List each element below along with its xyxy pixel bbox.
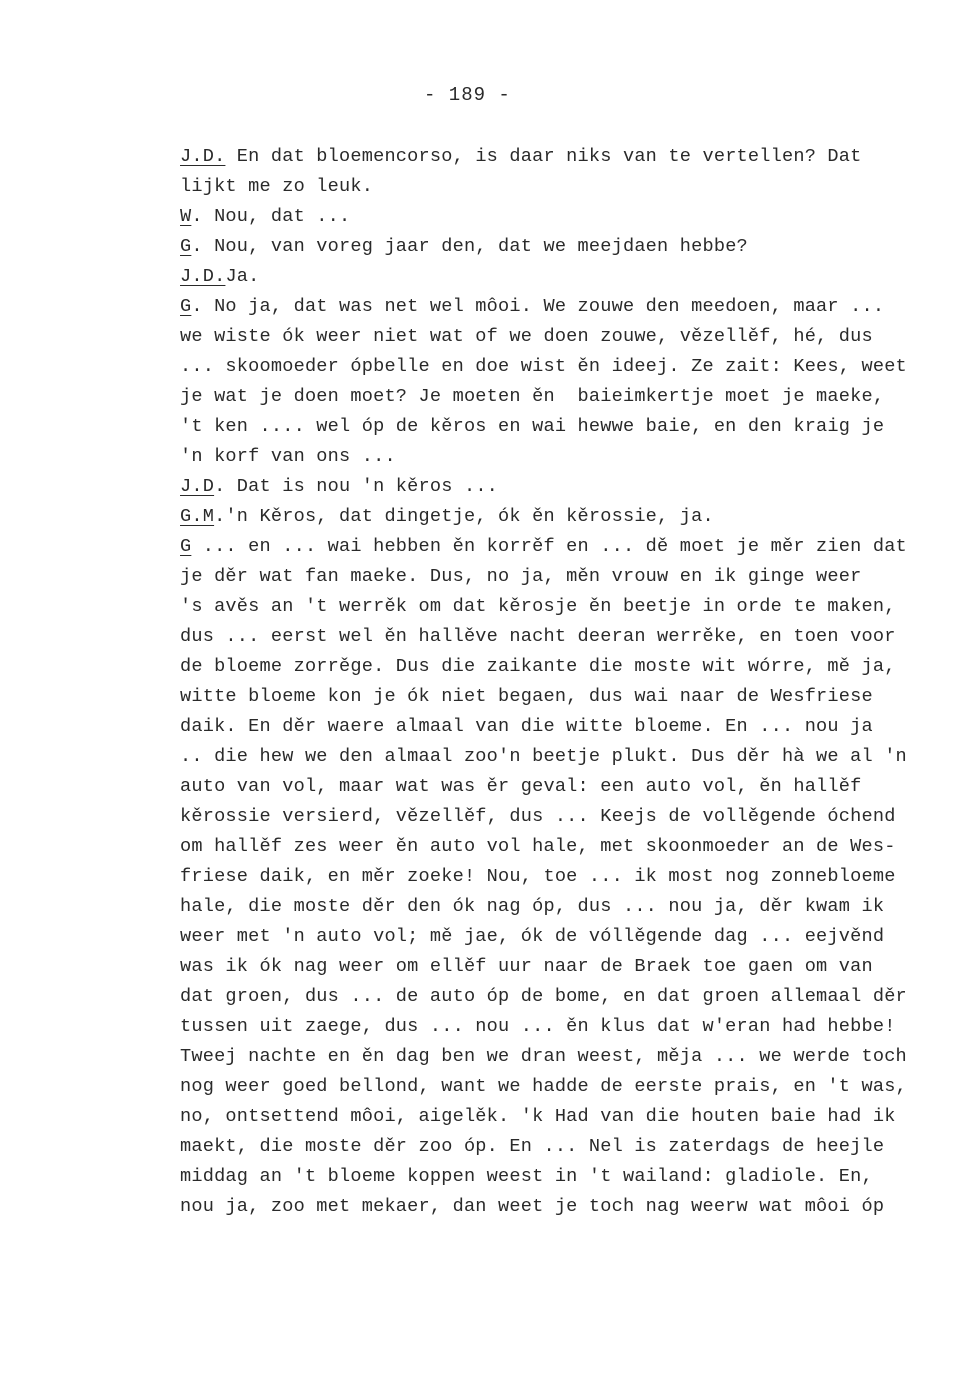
transcript-line: G. Nou, van voreg jaar den, dat we meejd… — [180, 232, 970, 262]
transcript-line: J.D. Dat is nou 'n kěros ... — [180, 472, 970, 502]
line-text: Ja. — [225, 266, 259, 287]
line-text: om hallěf zes weer ěn auto vol hale, met… — [180, 836, 896, 857]
speaker-label: G — [180, 296, 191, 317]
transcript-line: je wat je doen moet? Je moeten ěn baieim… — [180, 382, 970, 412]
line-text: 'n korf van ons ... — [180, 446, 396, 467]
line-text: was ik ók nag weer om ellěf uur naar de … — [180, 956, 873, 977]
line-text: de bloeme zorrěge. Dus die zaikante die … — [180, 656, 896, 677]
speaker-label: G — [180, 536, 191, 557]
transcript-line: G. No ja, dat was net wel môoi. We zouwe… — [180, 292, 970, 322]
line-text: kěrossie versierd, vězellěf, dus ... Kee… — [180, 806, 896, 827]
transcript-line: auto van vol, maar wat was ěr geval: een… — [180, 772, 970, 802]
transcript-line: nou ja, zoo met mekaer, dan weet je toch… — [180, 1192, 970, 1222]
transcript-line: 's avěs an 't werrěk om dat kěrosje ěn b… — [180, 592, 970, 622]
speaker-label: G.M — [180, 506, 214, 527]
speaker-label: J.D. — [180, 146, 225, 167]
page-number: - 189 - — [424, 84, 511, 106]
line-text: Tweej nachte en ěn dag ben we dran weest… — [180, 1046, 907, 1067]
speaker-label: J.D. — [180, 266, 225, 287]
line-text: lijkt me zo leuk. — [180, 176, 373, 197]
line-text: dus ... eerst wel ěn hallěve nacht deera… — [180, 626, 896, 647]
line-text: nou ja, zoo met mekaer, dan weet je toch… — [180, 1196, 884, 1217]
line-text: .. die hew we den almaal zoo'n beetje pl… — [180, 746, 907, 767]
line-text: ... en ... wai hebben ěn korrěf en ... d… — [191, 536, 907, 557]
line-text: je děr wat fan maeke. Dus, no ja, měn vr… — [180, 566, 861, 587]
line-text: hale, die moste děr den ók nag óp, dus .… — [180, 896, 884, 917]
transcript-line: maekt, die moste děr zoo óp. En ... Nel … — [180, 1132, 970, 1162]
line-text: 's avěs an 't werrěk om dat kěrosje ěn b… — [180, 596, 896, 617]
line-text: .'n Kěros, dat dingetje, ók ěn kěrossie,… — [214, 506, 714, 527]
transcript-line: dus ... eerst wel ěn hallěve nacht deera… — [180, 622, 970, 652]
line-text: . Nou, dat ... — [191, 206, 350, 227]
transcript-line: G.M.'n Kěros, dat dingetje, ók ěn kěross… — [180, 502, 970, 532]
transcript-line: W. Nou, dat ... — [180, 202, 970, 232]
transcript-line: tussen uit zaege, dus ... nou ... ěn klu… — [180, 1012, 970, 1042]
transcript-line: we wiste ók weer niet wat of we doen zou… — [180, 322, 970, 352]
transcript-line: .. die hew we den almaal zoo'n beetje pl… — [180, 742, 970, 772]
line-text: tussen uit zaege, dus ... nou ... ěn klu… — [180, 1016, 896, 1037]
transcript-line: G ... en ... wai hebben ěn korrěf en ...… — [180, 532, 970, 562]
transcript-line: dat groen, dus ... de auto óp de bome, e… — [180, 982, 970, 1012]
line-text: je wat je doen moet? Je moeten ěn baieim… — [180, 386, 884, 407]
line-text: . Nou, van voreg jaar den, dat we meejda… — [191, 236, 748, 257]
line-text: friese daik, en měr zoeke! Nou, toe ... … — [180, 866, 896, 887]
transcript-line: weer met 'n auto vol; mě jae, ók de vóll… — [180, 922, 970, 952]
line-text: we wiste ók weer niet wat of we doen zou… — [180, 326, 873, 347]
line-text: ... skoomoeder ópbelle en doe wist ěn id… — [180, 356, 907, 377]
line-text: En dat bloemencorso, is daar niks van te… — [225, 146, 861, 167]
transcript-body: J.D. En dat bloemencorso, is daar niks v… — [180, 142, 970, 1222]
transcript-line: daik. En děr waere almaal van die witte … — [180, 712, 970, 742]
line-text: witte bloeme kon je ók niet begaen, dus … — [180, 686, 873, 707]
speaker-label: J.D — [180, 476, 214, 497]
transcript-line: J.D. En dat bloemencorso, is daar niks v… — [180, 142, 970, 172]
transcript-line: Tweej nachte en ěn dag ben we dran weest… — [180, 1042, 970, 1072]
line-text: dat groen, dus ... de auto óp de bome, e… — [180, 986, 907, 1007]
transcript-line: was ik ók nag weer om ellěf uur naar de … — [180, 952, 970, 982]
transcript-line: nog weer goed bellond, want we hadde de … — [180, 1072, 970, 1102]
line-text: . No ja, dat was net wel môoi. We zouwe … — [191, 296, 884, 317]
line-text: maekt, die moste děr zoo óp. En ... Nel … — [180, 1136, 884, 1157]
transcript-line: 'n korf van ons ... — [180, 442, 970, 472]
speaker-label: W — [180, 206, 191, 227]
transcript-line: je děr wat fan maeke. Dus, no ja, měn vr… — [180, 562, 970, 592]
transcript-line: witte bloeme kon je ók niet begaen, dus … — [180, 682, 970, 712]
line-text: auto van vol, maar wat was ěr geval: een… — [180, 776, 861, 797]
transcript-line: ... skoomoeder ópbelle en doe wist ěn id… — [180, 352, 970, 382]
transcript-line: J.D.Ja. — [180, 262, 970, 292]
line-text: weer met 'n auto vol; mě jae, ók de vóll… — [180, 926, 884, 947]
line-text: no, ontsettend môoi, aigelěk. 'k Had van… — [180, 1106, 896, 1127]
transcript-line: 't ken .... wel óp de kěros en wai hewwe… — [180, 412, 970, 442]
transcript-line: kěrossie versierd, vězellěf, dus ... Kee… — [180, 802, 970, 832]
transcript-line: de bloeme zorrěge. Dus die zaikante die … — [180, 652, 970, 682]
line-text: . Dat is nou 'n kěros ... — [214, 476, 498, 497]
transcript-line: hale, die moste děr den ók nag óp, dus .… — [180, 892, 970, 922]
line-text: middag an 't bloeme koppen weest in 't w… — [180, 1166, 873, 1187]
line-text: 't ken .... wel óp de kěros en wai hewwe… — [180, 416, 884, 437]
transcript-line: friese daik, en měr zoeke! Nou, toe ... … — [180, 862, 970, 892]
speaker-label: G — [180, 236, 191, 257]
transcript-line: no, ontsettend môoi, aigelěk. 'k Had van… — [180, 1102, 970, 1132]
line-text: daik. En děr waere almaal van die witte … — [180, 716, 873, 737]
line-text: nog weer goed bellond, want we hadde de … — [180, 1076, 907, 1097]
transcript-line: lijkt me zo leuk. — [180, 172, 970, 202]
transcript-line: middag an 't bloeme koppen weest in 't w… — [180, 1162, 970, 1192]
transcript-line: om hallěf zes weer ěn auto vol hale, met… — [180, 832, 970, 862]
